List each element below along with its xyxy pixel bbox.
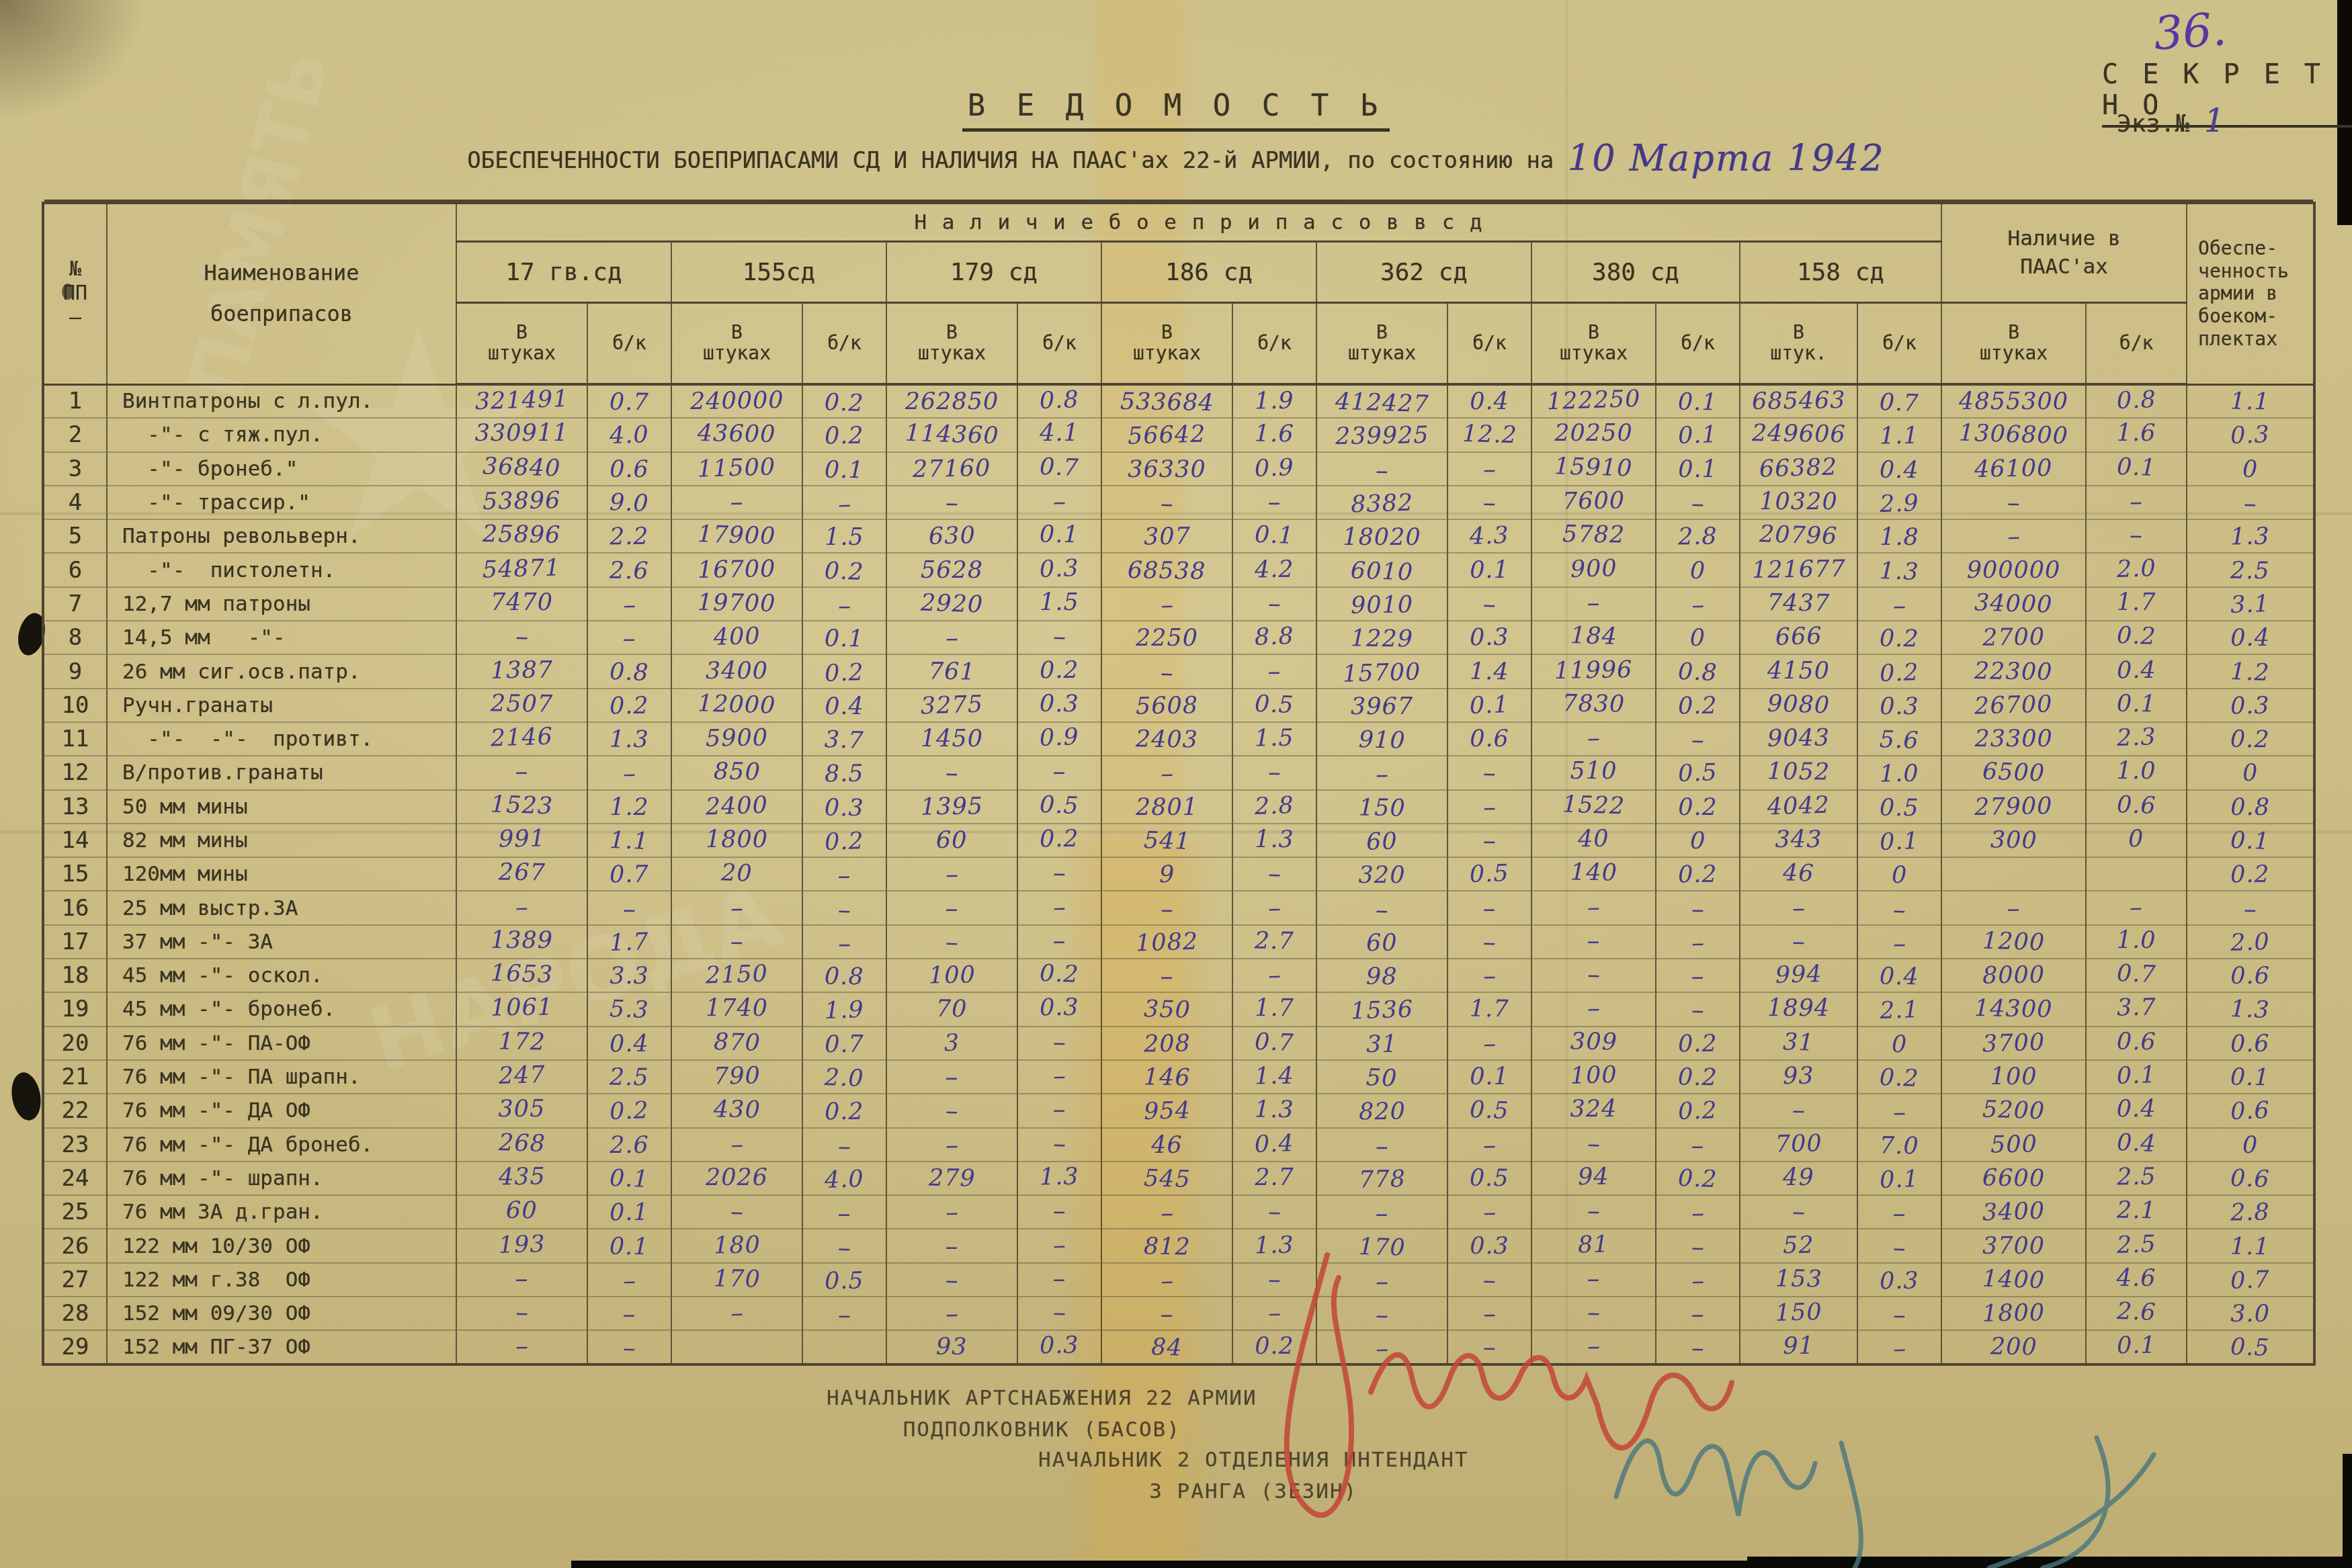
value-cell: 1.1 — [2187, 1229, 2314, 1262]
value-cell: 0.2 — [587, 1094, 671, 1127]
value-cell: 0 — [1656, 824, 1740, 857]
value-cell: 666 — [1740, 621, 1857, 654]
col-header-division: 380 сд — [1531, 242, 1740, 303]
row-number: 25 — [43, 1195, 107, 1229]
table-row: 712,7 мм патроны7470–19700–29201.5––9010… — [43, 587, 2314, 621]
scan-edge — [1747, 1557, 2352, 1568]
value-cell: 0.2 — [1656, 790, 1740, 824]
value-cell: 1052 — [1740, 756, 1857, 789]
value-cell: 3700 — [1941, 1229, 2086, 1262]
value-cell: 0.4 — [2086, 1094, 2187, 1127]
value-cell: – — [1941, 519, 2086, 553]
table-row: 1350 мм мины15231.224000.313950.528012.8… — [43, 790, 2314, 824]
value-cell: – — [1531, 1128, 1656, 1162]
value-cell: 0.2 — [2086, 621, 2187, 654]
value-cell: – — [1531, 992, 1656, 1026]
value-cell: – — [886, 1128, 1017, 1162]
value-cell: 350 — [1101, 992, 1232, 1026]
value-cell: 114360 — [886, 418, 1017, 451]
value-cell: 0.5 — [802, 1263, 886, 1297]
value-cell: – — [1447, 959, 1531, 992]
value-cell: 1740 — [671, 992, 802, 1026]
value-cell: – — [886, 857, 1017, 891]
value-cell: 43600 — [671, 418, 802, 451]
value-cell: 3.1 — [2187, 587, 2314, 621]
value-cell: 2700 — [1941, 621, 2086, 654]
value-cell: 1389 — [456, 925, 587, 959]
value-cell: – — [1232, 857, 1316, 891]
value-cell: 500 — [1941, 1128, 2086, 1162]
value-cell: 66382 — [1740, 452, 1857, 486]
value-cell: 305 — [456, 1094, 587, 1127]
value-cell: 50 — [1316, 1060, 1447, 1094]
row-number: 3 — [43, 452, 107, 486]
value-cell: 2.8 — [2187, 1195, 2314, 1229]
value-cell: – — [802, 1195, 886, 1229]
value-cell: 910 — [1316, 722, 1447, 756]
value-cell: 300 — [1941, 824, 2086, 857]
value-cell: 0.8 — [1656, 654, 1740, 688]
value-cell: – — [1232, 1195, 1316, 1229]
value-cell: 2.3 — [2086, 722, 2187, 756]
value-cell: 900 — [1531, 553, 1656, 586]
value-cell: 9010 — [1316, 587, 1447, 621]
value-cell: – — [1941, 486, 2086, 519]
value-cell: 1.0 — [2086, 756, 2187, 789]
value-cell: – — [1531, 1195, 1656, 1229]
table-row: 12В/против.гранаты––8508.5––––––5100.510… — [43, 756, 2314, 789]
value-cell: 15700 — [1316, 654, 1447, 688]
signature-block-chief: НАЧАЛЬНИК АРТСНАБЖЕНИЯ 22 АРМИИ ПОДПОЛКО… — [827, 1383, 1257, 1445]
value-cell: – — [587, 1297, 671, 1330]
value-cell: – — [1740, 1195, 1857, 1229]
value-cell: 1.3 — [587, 722, 671, 756]
value-cell: – — [1447, 587, 1531, 621]
value-cell: 22300 — [1941, 654, 2086, 688]
row-number: 10 — [43, 689, 107, 722]
value-cell: 0.4 — [1857, 452, 1941, 486]
col-header-units: В штуках — [1531, 303, 1656, 385]
value-cell: 0.3 — [1447, 1229, 1531, 1262]
ammo-name: -"- бронеб." — [107, 452, 456, 486]
value-cell: 0.3 — [1017, 992, 1101, 1026]
value-cell: 9 — [1101, 857, 1232, 891]
ammo-name: 37 мм -"- ЗА — [107, 925, 456, 959]
table-row: 27122 мм г.38 ОФ––1700.5––––––––1530.314… — [43, 1263, 2314, 1297]
table-row: 5Патроны револьверн.258962.2179001.56300… — [43, 519, 2314, 553]
ammo-name: Винтпатроны с л.пул. — [107, 384, 456, 418]
value-cell: 19700 — [671, 587, 802, 621]
value-cell: 0.1 — [1447, 689, 1531, 722]
value-cell: 0.1 — [1857, 824, 1941, 857]
value-cell: 0.8 — [1017, 384, 1101, 418]
signature-title-line: ПОДПОЛКОВНИК (БАСОВ) — [827, 1414, 1257, 1446]
value-cell: 94 — [1531, 1162, 1656, 1195]
value-cell: 0.6 — [1447, 722, 1531, 756]
value-cell: 5782 — [1531, 519, 1656, 553]
scan-edge — [2343, 1454, 2352, 1568]
row-number: 6 — [43, 553, 107, 586]
value-cell: – — [456, 1330, 587, 1364]
value-cell: 247 — [456, 1060, 587, 1094]
signature-title-line: НАЧАЛЬНИК АРТСНАБЖЕНИЯ 22 АРМИИ — [827, 1383, 1257, 1414]
value-cell: – — [1232, 486, 1316, 519]
value-cell: – — [1232, 891, 1316, 924]
value-cell: 0.1 — [1656, 418, 1740, 451]
value-cell: – — [1857, 1094, 1941, 1127]
value-cell: 60 — [1316, 925, 1447, 959]
value-cell: 1.9 — [802, 992, 886, 1026]
ammo-name: -"- с тяж.пул. — [107, 418, 456, 451]
col-header-units: В штуках — [671, 303, 802, 385]
signature-title-line: НАЧАЛЬНИК 2 ОТДЕЛЕНИЯ ИНТЕНДАНТ — [1038, 1444, 1469, 1476]
value-cell: – — [1101, 1195, 1232, 1229]
value-cell: 2250 — [1101, 621, 1232, 654]
value-cell: 12000 — [671, 689, 802, 722]
ammo-name: 50 мм мины — [107, 790, 456, 824]
value-cell: 0.6 — [2187, 1162, 2314, 1195]
value-cell: – — [1656, 587, 1740, 621]
value-cell: 2.7 — [1232, 925, 1316, 959]
value-cell: – — [802, 1297, 886, 1330]
value-cell: – — [671, 1297, 802, 1330]
value-cell: 0.7 — [1857, 384, 1941, 418]
value-cell: 0.4 — [2086, 1128, 2187, 1162]
value-cell: 0.8 — [2086, 384, 2187, 418]
value-cell: 0.5 — [1447, 1162, 1531, 1195]
table-row: 1737 мм -"- ЗА13891.7––––10822.760–––––1… — [43, 925, 2314, 959]
value-cell: – — [2187, 891, 2314, 924]
row-number: 19 — [43, 992, 107, 1026]
value-cell: – — [1101, 587, 1232, 621]
value-cell: 54871 — [456, 553, 587, 586]
value-cell: 36330 — [1101, 452, 1232, 486]
value-cell: 0.2 — [1656, 857, 1740, 891]
value-cell: 208 — [1101, 1027, 1232, 1060]
value-cell: 330911 — [456, 418, 587, 451]
value-cell: 1450 — [886, 722, 1017, 756]
row-number: 20 — [43, 1027, 107, 1060]
signature-title-line: 3 РАНГА (ЗЕЗИН) — [1038, 1476, 1469, 1508]
value-cell: – — [1656, 992, 1740, 1026]
value-cell: 91 — [1740, 1330, 1857, 1364]
value-cell: 4.0 — [587, 418, 671, 451]
value-cell: 0.3 — [1017, 553, 1101, 586]
value-cell: 1.8 — [1857, 519, 1941, 553]
value-cell: 81 — [1531, 1229, 1656, 1262]
value-cell: 324 — [1531, 1094, 1656, 1127]
value-cell: 5200 — [1941, 1094, 2086, 1127]
value-cell: – — [1316, 452, 1447, 486]
value-cell: 343 — [1740, 824, 1857, 857]
value-cell: 3400 — [1941, 1195, 2086, 1229]
value-cell: 2403 — [1101, 722, 1232, 756]
value-cell: 0.1 — [2187, 824, 2314, 857]
value-cell: 1.1 — [1857, 418, 1941, 451]
col-header-bk: б/к — [1017, 303, 1101, 385]
value-cell: 0.1 — [1656, 384, 1740, 418]
value-cell: 1.2 — [587, 790, 671, 824]
value-cell: – — [671, 486, 802, 519]
value-cell: – — [1941, 891, 2086, 924]
value-cell: – — [1447, 790, 1531, 824]
row-number: 26 — [43, 1229, 107, 1262]
value-cell: 0.1 — [587, 1162, 671, 1195]
value-cell: – — [1017, 1094, 1101, 1127]
value-cell: 0.7 — [1232, 1027, 1316, 1060]
value-cell: 1.3 — [2187, 519, 2314, 553]
page-number: 36. — [2152, 3, 2228, 60]
value-cell: 1.4 — [1447, 654, 1531, 688]
value-cell: – — [802, 1229, 886, 1262]
value-cell: 5628 — [886, 553, 1017, 586]
value-cell: – — [1017, 1229, 1101, 1262]
value-cell: 193 — [456, 1229, 587, 1262]
table-row: 2476 мм -"- шрапн.4350.120264.02791.3545… — [43, 1162, 2314, 1195]
value-cell: – — [1316, 1263, 1447, 1297]
value-cell: – — [1232, 654, 1316, 688]
value-cell: 46 — [1740, 857, 1857, 891]
value-cell: 6500 — [1941, 756, 2086, 789]
table-row: 2 -"- с тяж.пул.3309114.0436000.21143604… — [43, 418, 2314, 451]
value-cell: – — [1656, 1229, 1740, 1262]
table-row: 2376 мм -"- ДА бронеб.2682.6––––460.4–––… — [43, 1128, 2314, 1162]
value-cell: 0 — [1656, 621, 1740, 654]
value-cell: – — [1656, 1128, 1740, 1162]
col-header-group: Н а л и ч и е б о е п р и п а с о в в с … — [456, 203, 1941, 242]
value-cell: 1082 — [1101, 925, 1232, 959]
value-cell: 0.5 — [2187, 1330, 2314, 1364]
value-cell: 84 — [1101, 1330, 1232, 1364]
value-cell: 1894 — [1740, 992, 1857, 1026]
value-cell: 1.0 — [2086, 925, 2187, 959]
value-cell: 0.6 — [2086, 1027, 2187, 1060]
value-cell: – — [1857, 587, 1941, 621]
value-cell: 150 — [1740, 1297, 1857, 1330]
value-cell: 3 — [886, 1027, 1017, 1060]
value-cell: 1536 — [1316, 992, 1447, 1026]
ammo-name: Патроны револьверн. — [107, 519, 456, 553]
value-cell: 309 — [1531, 1027, 1656, 1060]
value-cell: 140 — [1531, 857, 1656, 891]
value-cell: – — [1017, 925, 1101, 959]
value-cell: 1.3 — [1232, 1229, 1316, 1262]
value-cell: 17900 — [671, 519, 802, 553]
value-cell: 0.2 — [1656, 689, 1740, 722]
value-cell: – — [671, 925, 802, 959]
value-cell: 180 — [671, 1229, 802, 1262]
col-header-division: 158 сд — [1740, 242, 1941, 303]
value-cell: 2.5 — [2187, 553, 2314, 586]
value-cell: 2920 — [886, 587, 1017, 621]
value-cell: 0.1 — [2086, 1060, 2187, 1094]
ammo-name: 76 мм -"- ДА бронеб. — [107, 1128, 456, 1162]
value-cell: – — [1656, 891, 1740, 924]
value-cell: – — [886, 1060, 1017, 1094]
value-cell: 321491 — [456, 384, 587, 418]
value-cell: 49 — [1740, 1162, 1857, 1195]
value-cell: 150 — [1316, 790, 1447, 824]
table-header: №ПП– Наименованиебоеприпасов Н а л и ч и… — [43, 203, 2314, 384]
table-row: 29152 мм ПГ-37 ОФ––930.3840.2––––91–2000… — [43, 1330, 2314, 1364]
value-cell: 60 — [1316, 824, 1447, 857]
value-cell: – — [2086, 891, 2187, 924]
value-cell: 93 — [1740, 1060, 1857, 1094]
value-cell: 320 — [1316, 857, 1447, 891]
value-cell: 685463 — [1740, 384, 1857, 418]
value-cell: 790 — [671, 1060, 802, 1094]
value-cell: – — [802, 486, 886, 519]
ammo-supply-table: №ПП– Наименованиебоеприпасов Н а л и ч и… — [42, 202, 2316, 1366]
value-cell: 98 — [1316, 959, 1447, 992]
value-cell: 7.0 — [1857, 1128, 1941, 1162]
value-cell: 0.7 — [802, 1027, 886, 1060]
ammo-name: 12,7 мм патроны — [107, 587, 456, 621]
value-cell: 3.3 — [587, 959, 671, 992]
table-row: 6 -"- пистолетн.548712.6167000.256280.36… — [43, 553, 2314, 586]
ammo-name: 76 мм -"- ПА шрапн. — [107, 1060, 456, 1094]
value-cell: 5.3 — [587, 992, 671, 1026]
value-cell: 630 — [886, 519, 1017, 553]
value-cell: – — [1447, 1297, 1531, 1330]
value-cell: 0.2 — [802, 1094, 886, 1127]
value-cell: 0.4 — [1232, 1128, 1316, 1162]
value-cell: – — [1447, 756, 1531, 789]
value-cell: 262850 — [886, 384, 1017, 418]
value-cell: 850 — [671, 756, 802, 789]
table-body: 1Винтпатроны с л.пул.3214910.72400000.22… — [43, 384, 2314, 1364]
value-cell: 3.7 — [2086, 992, 2187, 1026]
value-cell: 5.6 — [1857, 722, 1941, 756]
col-header-name: Наименованиебоеприпасов — [107, 203, 456, 384]
row-number: 17 — [43, 925, 107, 959]
value-cell: 0.8 — [2187, 790, 2314, 824]
value-cell: 0.3 — [1447, 621, 1531, 654]
value-cell: – — [1531, 891, 1656, 924]
table-row: 1945 мм -"- бронеб.10615.317401.9700.335… — [43, 992, 2314, 1026]
value-cell: 0.8 — [802, 959, 886, 992]
value-cell: 1.3 — [1857, 553, 1941, 586]
value-cell: 0.1 — [2086, 1330, 2187, 1364]
value-cell: 2.5 — [587, 1060, 671, 1094]
value-cell: 8382 — [1316, 486, 1447, 519]
value-cell: 0.3 — [2187, 689, 2314, 722]
ammo-name: В/против.гранаты — [107, 756, 456, 789]
value-cell: 122250 — [1531, 384, 1656, 418]
value-cell: 5900 — [671, 722, 802, 756]
value-cell: 5608 — [1101, 689, 1232, 722]
col-header-bk: б/к — [802, 303, 886, 385]
value-cell — [2086, 857, 2187, 891]
value-cell: 9080 — [1740, 689, 1857, 722]
value-cell: – — [1531, 1263, 1656, 1297]
col-header-num: №ПП– — [43, 203, 107, 384]
col-header-units: В штук. — [1740, 303, 1857, 385]
value-cell: – — [1656, 1195, 1740, 1229]
value-cell: – — [886, 925, 1017, 959]
value-cell: – — [1656, 959, 1740, 992]
value-cell: – — [587, 1263, 671, 1297]
value-cell: – — [1017, 1128, 1101, 1162]
value-cell: 2.8 — [1232, 790, 1316, 824]
value-cell: 200 — [1941, 1330, 2086, 1364]
value-cell: 545 — [1101, 1162, 1232, 1195]
value-cell: 2.5 — [2086, 1162, 2187, 1195]
row-number: 23 — [43, 1128, 107, 1162]
value-cell: 1395 — [886, 790, 1017, 824]
value-cell: 0.1 — [802, 452, 886, 486]
value-cell: 994 — [1740, 959, 1857, 992]
value-cell: – — [671, 1128, 802, 1162]
ammo-name: 45 мм -"- оскол. — [107, 959, 456, 992]
value-cell: 0.9 — [1232, 452, 1316, 486]
value-cell: 0.2 — [1017, 959, 1101, 992]
table-row: 2076 мм -"- ПА-ОФ1720.48700.73–2080.731–… — [43, 1027, 2314, 1060]
value-cell: 7830 — [1531, 689, 1656, 722]
row-number: 13 — [43, 790, 107, 824]
value-cell: 435 — [456, 1162, 587, 1195]
ammo-name: Ручн.гранаты — [107, 689, 456, 722]
col-header-bk: б/к — [1447, 303, 1531, 385]
value-cell: 0 — [1857, 1027, 1941, 1060]
value-cell: – — [587, 756, 671, 789]
row-number: 15 — [43, 857, 107, 891]
value-cell: 0.7 — [2187, 1263, 2314, 1297]
value-cell: 2.6 — [587, 1128, 671, 1162]
ammo-name: 26 мм сиг.осв.патр. — [107, 654, 456, 688]
value-cell: 267 — [456, 857, 587, 891]
value-cell: – — [1531, 722, 1656, 756]
value-cell: 121677 — [1740, 553, 1857, 586]
value-cell: – — [456, 891, 587, 924]
value-cell: – — [1101, 1297, 1232, 1330]
value-cell: 2.8 — [1656, 519, 1740, 553]
value-cell: 20250 — [1531, 418, 1656, 451]
col-header-division: 179 сд — [886, 242, 1101, 303]
value-cell: – — [456, 1297, 587, 1330]
value-cell: 14300 — [1941, 992, 2086, 1026]
row-number: 21 — [43, 1060, 107, 1094]
value-cell: 2146 — [456, 722, 587, 756]
col-header-units: В штуках — [1941, 303, 2086, 385]
value-cell: – — [671, 1195, 802, 1229]
value-cell: – — [1656, 486, 1740, 519]
value-cell: 9043 — [1740, 722, 1857, 756]
value-cell: 100 — [886, 959, 1017, 992]
value-cell: 0.2 — [802, 824, 886, 857]
value-cell: 0.5 — [1656, 756, 1740, 789]
value-cell: – — [1447, 452, 1531, 486]
value-cell: 146 — [1101, 1060, 1232, 1094]
value-cell: 20 — [671, 857, 802, 891]
value-cell: 0 — [2187, 756, 2314, 789]
value-cell: – — [1857, 925, 1941, 959]
value-cell: – — [1656, 925, 1740, 959]
value-cell: 0.1 — [587, 1229, 671, 1262]
value-cell: – — [886, 1195, 1017, 1229]
value-cell: 1.2 — [2187, 654, 2314, 688]
ammo-name: 76 мм -"- ДА ОФ — [107, 1094, 456, 1127]
value-cell: 0.2 — [802, 553, 886, 586]
value-cell: – — [802, 1128, 886, 1162]
value-cell: 0.2 — [802, 384, 886, 418]
value-cell: 2.1 — [2086, 1195, 2187, 1229]
value-cell: – — [1857, 1195, 1941, 1229]
value-cell: 510 — [1531, 756, 1656, 789]
value-cell: – — [1017, 1263, 1101, 1297]
value-cell: – — [1017, 1027, 1101, 1060]
value-cell: – — [1017, 1060, 1101, 1094]
